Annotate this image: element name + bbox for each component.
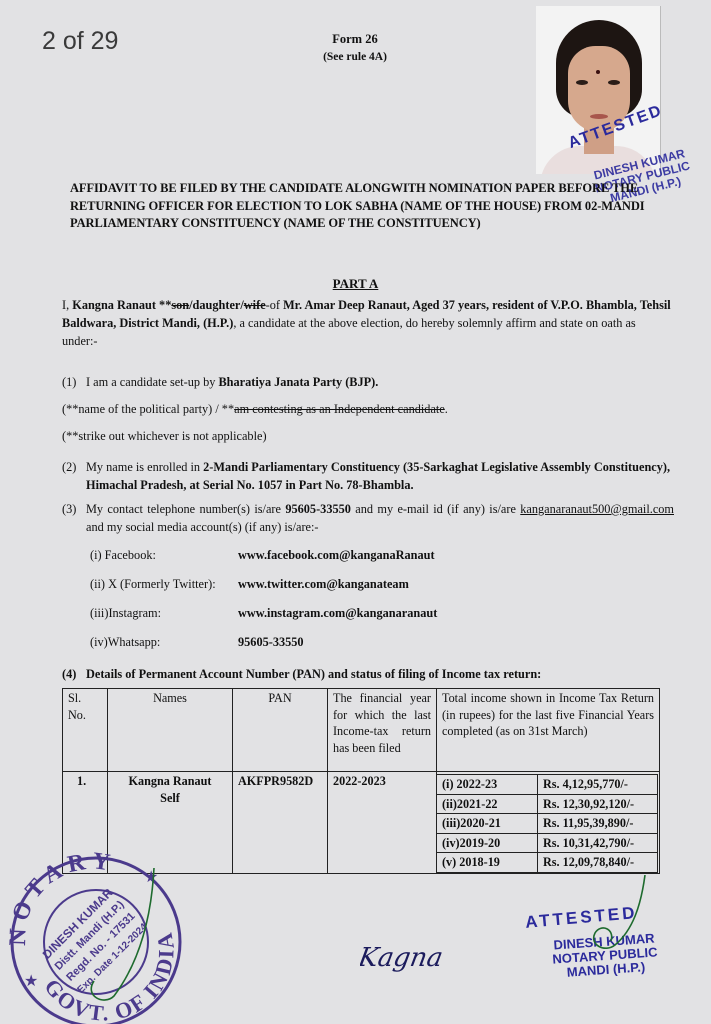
item-2: (2) My name is enrolled in 2-Mandi Parli…	[62, 458, 674, 494]
intro-paragraph: I, Kangna Ranaut **son/daughter/wife-of …	[62, 296, 674, 350]
email-link[interactable]: kanganaranaut500@gmail.com	[520, 502, 674, 516]
notary-seal: NOTARY GOVT. OF INDIA DINESH KUMAR Distt…	[4, 846, 184, 1024]
svg-text:★: ★	[144, 869, 158, 886]
notary-signature	[575, 875, 655, 965]
form-header: Form 26 (See rule 4A)	[300, 30, 410, 66]
item-4: (4)Details of Permanent Account Number (…	[62, 665, 674, 683]
part-heading: PART A	[0, 276, 711, 292]
cell-income: (i) 2022-23Rs. 4,12,95,770/- (ii)2021-22…	[437, 772, 660, 874]
social-twitter: (ii) X (Formerly Twitter):www.twitter.co…	[90, 577, 409, 592]
candidate-signature: Kagna	[360, 928, 480, 988]
form-rule: (See rule 4A)	[300, 48, 410, 66]
item-3: (3) My contact telephone number(s) is/ar…	[62, 500, 674, 536]
income-row: (i) 2022-23Rs. 4,12,95,770/-	[437, 775, 658, 795]
income-row: (v) 2018-19Rs. 12,09,78,840/-	[437, 853, 658, 873]
cell-fy: 2022-2023	[328, 772, 437, 874]
table-header-row: Sl. No. Names PAN The financial year for…	[63, 689, 660, 772]
header-fy: The financial year for which the last In…	[328, 689, 437, 772]
item-1-note: (**name of the political party) / **am c…	[62, 400, 674, 418]
social-facebook: (i) Facebook:www.facebook.com@kanganaRan…	[90, 548, 435, 563]
header-names: Names	[108, 689, 233, 772]
svg-text:Kagna: Kagna	[360, 943, 445, 973]
item-1: (1)I am a candidate set-up by Bharatiya …	[62, 373, 674, 391]
form-title: Form 26	[300, 30, 410, 48]
header-income: Total income shown in Income Tax Return …	[437, 689, 660, 772]
income-row: (ii)2021-22Rs. 12,30,92,120/-	[437, 794, 658, 814]
income-row: (iv)2019-20Rs. 10,31,42,790/-	[437, 833, 658, 853]
svg-text:★: ★	[24, 973, 38, 990]
cell-pan: AKFPR9582D	[233, 772, 328, 874]
affidavit-heading: AFFIDAVIT TO BE FILED BY THE CANDIDATE A…	[70, 180, 690, 233]
header-pan: PAN	[233, 689, 328, 772]
attested-stamp-bottom: ATTESTED DINESH KUMAR NOTARY PUBLIC MAND…	[515, 905, 695, 977]
header-sl: Sl. No.	[63, 689, 108, 772]
page-counter: 2 of 29	[42, 27, 118, 56]
candidate-photo	[536, 6, 661, 174]
social-whatsapp: (iv)Whatsapp:95605-33550	[90, 635, 304, 650]
income-row: (iii)2020-21Rs. 11,95,39,890/-	[437, 814, 658, 834]
item-1-strike-note: (**strike out whichever is not applicabl…	[62, 427, 674, 445]
social-instagram: (iii)Instagram:www.instagram.com@kangana…	[90, 606, 437, 621]
